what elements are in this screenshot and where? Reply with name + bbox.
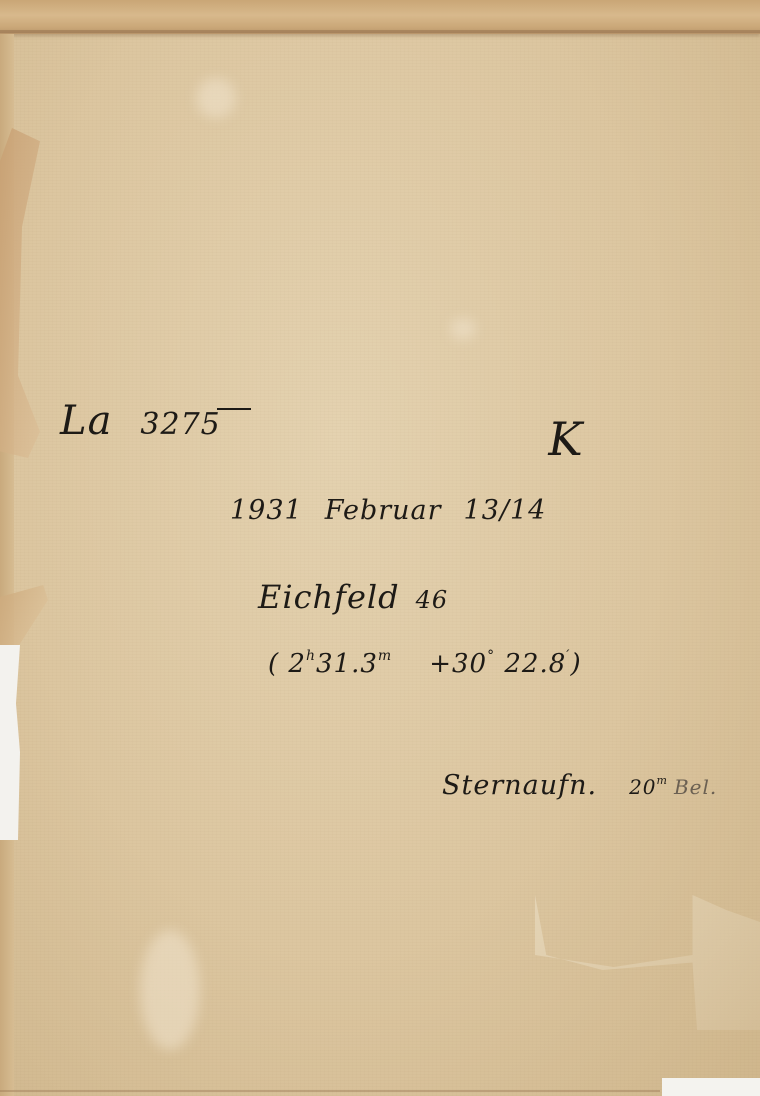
paper-stain bbox=[140, 930, 200, 1050]
dec-degrees: +30 bbox=[429, 649, 487, 679]
exposure-unit: m bbox=[657, 774, 668, 787]
envelope-page: La3275 K 1931Februar13/14 Eichfeld46 ( 2… bbox=[0, 0, 760, 1096]
left-tape-upper bbox=[0, 128, 40, 458]
underline-stroke bbox=[217, 408, 251, 410]
date-month: Februar bbox=[325, 495, 442, 526]
torn-paper-flap bbox=[535, 880, 760, 1030]
ra-minutes-unit: m bbox=[378, 648, 392, 664]
field-number: 46 bbox=[416, 586, 449, 614]
paper-stain bbox=[196, 78, 236, 118]
catalog-id: La3275 bbox=[60, 398, 251, 444]
dec-minutes: 22.8 bbox=[504, 649, 566, 679]
date-year: 1931 bbox=[230, 495, 303, 526]
torn-left-margin bbox=[0, 645, 20, 840]
field-name: Eichfeld bbox=[258, 578, 400, 616]
exposure-label: Sternaufn. bbox=[442, 770, 597, 801]
top-tape-strip bbox=[0, 0, 760, 34]
catalog-prefix: La bbox=[60, 398, 112, 444]
torn-bottom-corner bbox=[662, 1078, 760, 1096]
ra-minutes: 31.3 bbox=[316, 649, 378, 679]
exposure-duration: 20 bbox=[629, 775, 656, 799]
exposure-note: Sternaufn.20mBel. bbox=[442, 770, 717, 801]
ra-hours: 2 bbox=[288, 649, 306, 679]
exposure-time: 20m bbox=[629, 775, 668, 799]
paren-open: ( bbox=[268, 649, 279, 679]
paren-close: ) bbox=[570, 649, 581, 679]
exposure-remark: Bel. bbox=[674, 775, 717, 799]
observation-date: 1931Februar13/14 bbox=[230, 495, 568, 526]
dec-degrees-unit: ° bbox=[487, 648, 495, 664]
ra-hours-unit: h bbox=[306, 648, 316, 664]
date-days: 13/14 bbox=[464, 495, 547, 526]
paper-stain bbox=[450, 318, 476, 340]
celestial-coordinates: ( 2h31.3m +30° 22.8′) bbox=[268, 648, 582, 679]
bottom-fold-line bbox=[0, 1090, 660, 1092]
paper-texture bbox=[0, 0, 760, 1096]
field-designation: Eichfeld46 bbox=[258, 578, 448, 616]
plate-mark: K bbox=[543, 412, 588, 466]
catalog-number: 3275 bbox=[140, 407, 220, 442]
